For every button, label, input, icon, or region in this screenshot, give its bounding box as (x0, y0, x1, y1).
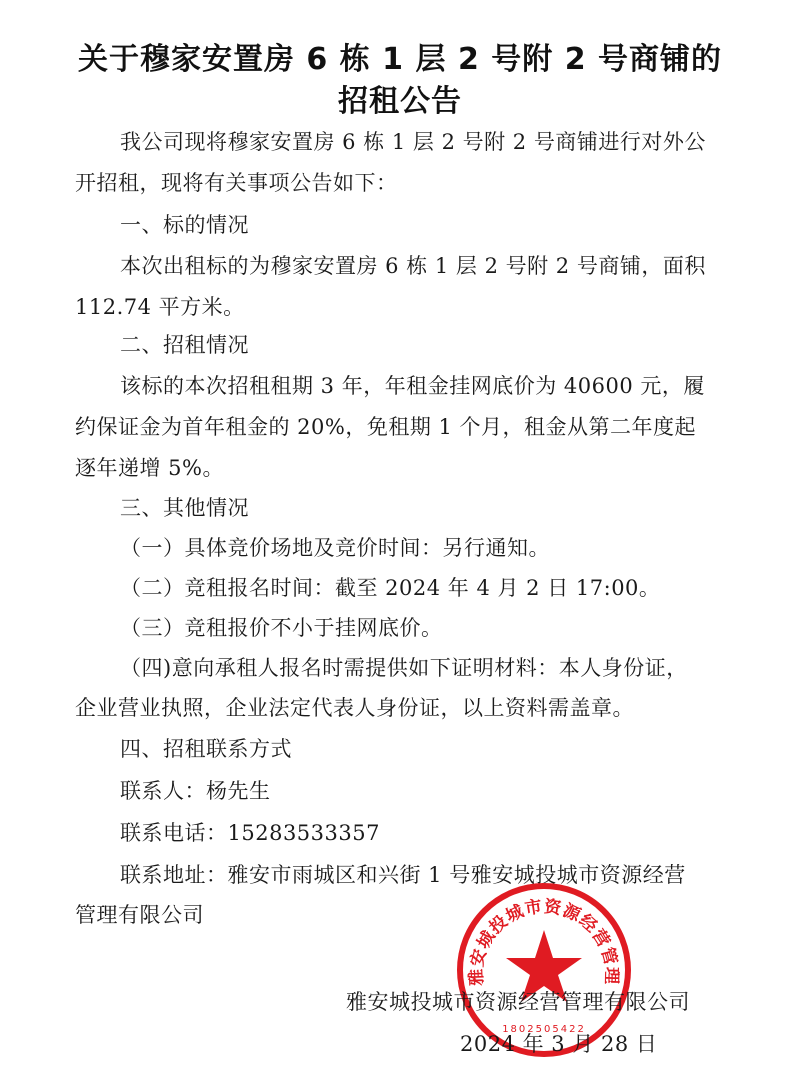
section-1-line-1: 本次出租标的为穆家安置房 6 栋 1 层 2 号附 2 号商铺，面积 (120, 250, 706, 280)
section-3-item-1: （一）具体竞价场地及竞价时间：另行通知。 (120, 532, 550, 562)
contact-phone: 联系电话：15283533357 (120, 817, 380, 847)
intro-line-1: 我公司现将穆家安置房 6 栋 1 层 2 号附 2 号商铺进行对外公 (120, 126, 706, 156)
section-2-line-2: 约保证金为首年租金的 20%，免租期 1 个月，租金从第二年度起 (75, 411, 696, 441)
section-2-line-3: 逐年递增 5%。 (75, 452, 224, 482)
section-heading-3: 三、其他情况 (120, 492, 249, 522)
signature-date: 2024 年 3 月 28 日 (460, 1028, 657, 1058)
section-heading-2: 二、招租情况 (120, 329, 249, 359)
section-3-item-3: （三）竞租报价不小于挂网底价。 (120, 612, 443, 642)
section-heading-1: 一、标的情况 (120, 209, 249, 239)
title-line-1: 关于穆家安置房 6 栋 1 层 2 号附 2 号商铺的 (0, 34, 800, 78)
section-1-line-2: 112.74 平方米。 (75, 291, 245, 321)
intro-line-2: 开招租，现将有关事项公告如下： (75, 167, 398, 197)
section-3-item-4-line-2: 企业营业执照，企业法定代表人身份证，以上资料需盖章。 (75, 692, 634, 722)
contact-address-line-2: 管理有限公司 (75, 899, 204, 929)
section-2-line-1: 该标的本次招租租期 3 年，年租金挂网底价为 40600 元，履 (120, 370, 705, 400)
contact-person: 联系人：杨先生 (120, 775, 271, 805)
section-3-item-4-line-1: （四)意向承租人报名时需提供如下证明材料：本人身份证， (120, 652, 688, 682)
section-heading-4: 四、招租联系方式 (120, 733, 292, 763)
signature-company: 雅安城投城市资源经营管理有限公司 (346, 986, 690, 1016)
title-line-2: 招租公告 (0, 76, 800, 120)
section-3-item-2: （二）竞租报名时间：截至 2024 年 4 月 2 日 17:00。 (120, 572, 660, 602)
